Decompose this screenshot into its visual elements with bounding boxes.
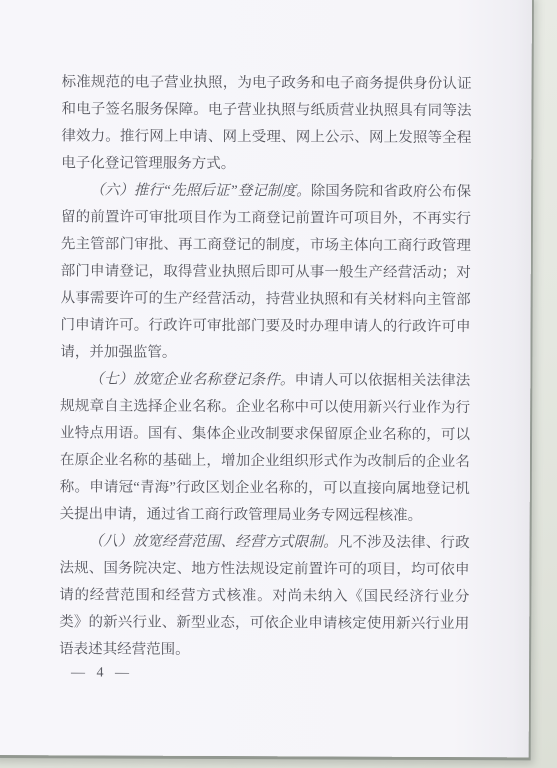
paragraph-text: 标准规范的电子营业执照，为电子政务和电子商务提供身份认证和电子签名服务保障。电子… bbox=[61, 74, 471, 172]
paragraph-lead: （七）放宽企业名称登记条件。 bbox=[89, 371, 294, 388]
paragraph: （六）推行“先照后证”登记制度。除国务院和省政府公布保留的前置许可审批项目作为工… bbox=[60, 177, 471, 368]
scanner-background: { "page": { "number_label": "— 4 —" }, "… bbox=[0, 0, 557, 768]
paragraph: （八）放宽经营范围、经营方式限制。凡不涉及法律、行政法规、国务院决定、地方性法规… bbox=[59, 528, 470, 665]
paragraphs: 标准规范的电子营业执照，为电子政务和电子商务提供身份认证和电子签名服务保障。电子… bbox=[59, 69, 472, 665]
paragraph-lead: （六）推行“先照后证”登记制度。 bbox=[90, 182, 311, 199]
paragraph: （七）放宽企业名称登记条件。申请人可以依据相关法律法规规章自主选择企业名称。企业… bbox=[60, 366, 471, 530]
document-body: 标准规范的电子营业执照，为电子政务和电子商务提供身份认证和电子签名服务保障。电子… bbox=[59, 69, 472, 688]
scanned-page: 标准规范的电子营业执照，为电子政务和电子商务提供身份认证和电子签名服务保障。电子… bbox=[0, 0, 532, 757]
paragraph-text: 除国务院和省政府公布保留的前置许可审批项目作为工商登记前置许可项目外，不再实行先… bbox=[60, 183, 471, 360]
paragraph-text: 申请人可以依据相关法律法规规章自主选择企业名称。企业名称中可以使用新兴行业作为行… bbox=[60, 372, 471, 524]
page-number: — 4 — bbox=[71, 659, 469, 688]
paragraph: 标准规范的电子营业执照，为电子政务和电子商务提供身份认证和电子签名服务保障。电子… bbox=[61, 69, 471, 179]
paragraph-text: 凡不涉及法律、行政法规、国务院决定、地方性法规设定前置许可的项目，均可依申请的经… bbox=[59, 535, 470, 658]
paragraph-lead: （八）放宽经营范围、经营方式限制。 bbox=[89, 533, 338, 550]
